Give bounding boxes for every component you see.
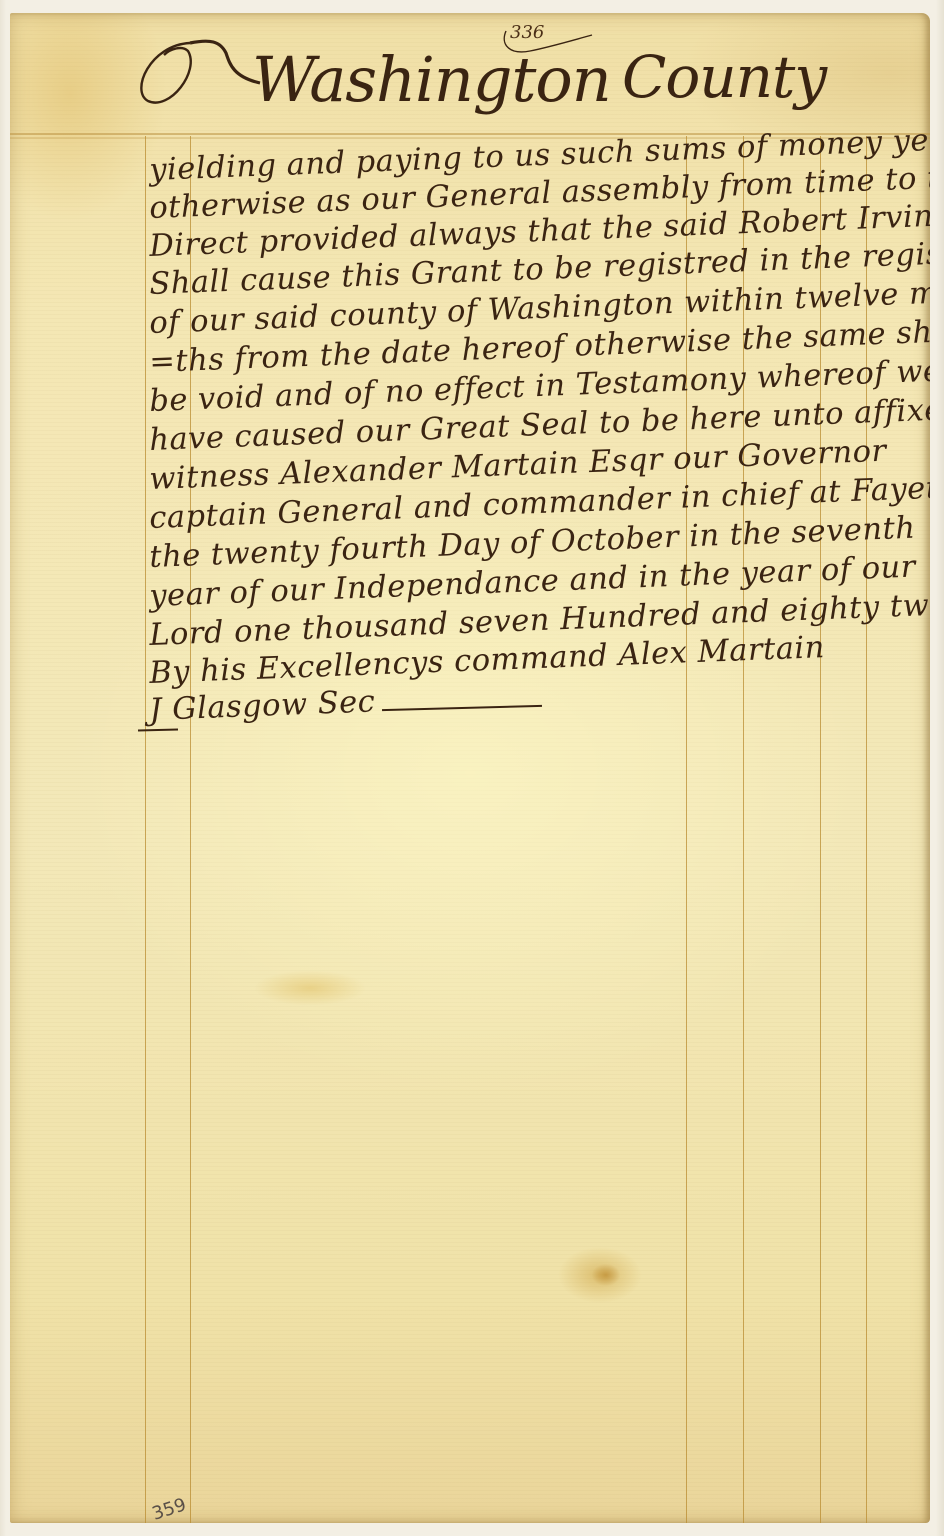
pencil-page-number: 359 xyxy=(150,1494,189,1523)
signature-lead-stroke xyxy=(138,728,178,731)
ledger-page: Washington County 336 yielding and payin… xyxy=(10,13,930,1523)
scan-background: Washington County 336 yielding and payin… xyxy=(0,0,944,1536)
heading-county-word: County xyxy=(622,43,826,111)
text-line-15-signature: J Glasgow Sec xyxy=(149,684,376,728)
margin-rule-line-1 xyxy=(145,136,146,1523)
signature-tail-stroke xyxy=(382,705,542,711)
folio-underline-icon xyxy=(500,27,600,61)
